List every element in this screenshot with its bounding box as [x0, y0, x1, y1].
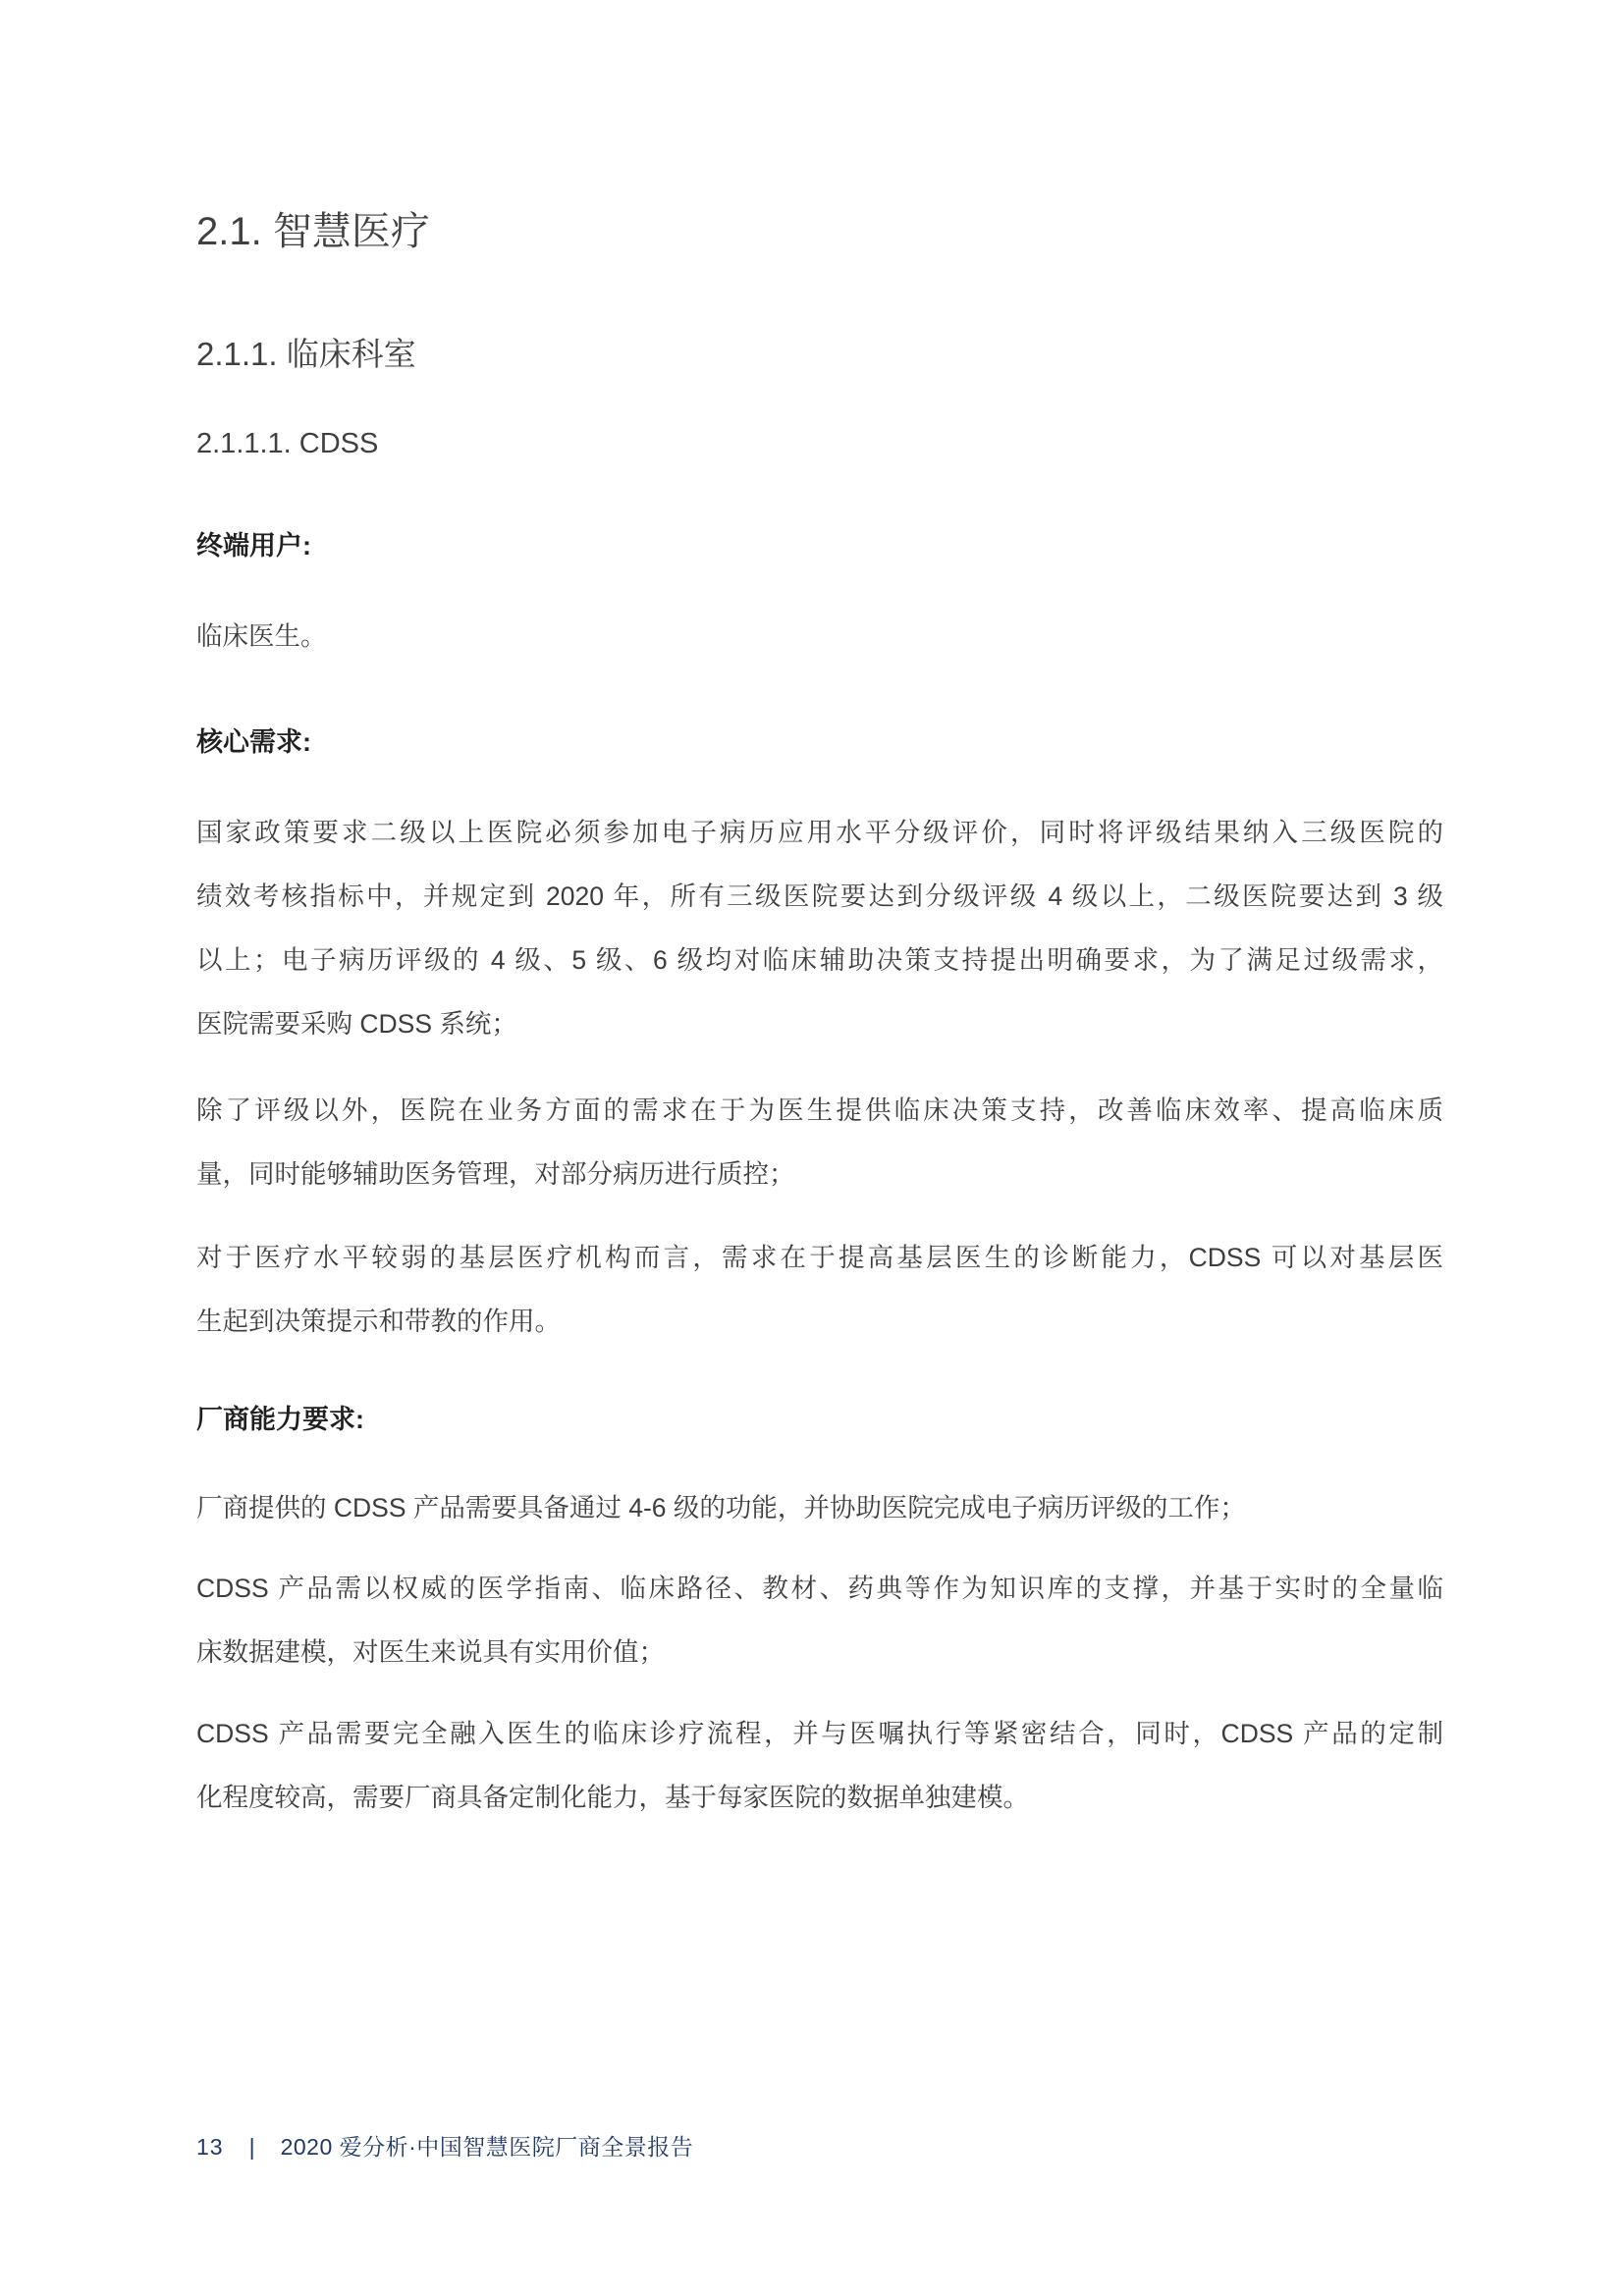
paragraph-line: 化程度较高，需要厂商具备定制化能力，基于每家医院的数据单独建模。: [196, 1766, 1443, 1830]
paragraph-line: 国家政策要求二级以上医院必须参加电子病历应用水平分级评价，同时将评级结果纳入三级…: [196, 801, 1443, 865]
page-footer: 13 | 2020 爱分析·中国智慧医院厂商全景报告: [196, 2132, 693, 2162]
core-demand-paragraph-3: 对于医疗水平较弱的基层医疗机构而言，需求在于提高基层医生的诊断能力，CDSS 可…: [196, 1226, 1443, 1354]
paragraph-line: 量，同时能够辅助医务管理，对部分病历进行质控；: [196, 1143, 1443, 1206]
paragraph-line: CDSS 产品需以权威的医学指南、临床路径、教材、药典等作为知识库的支撑，并基于…: [196, 1557, 1443, 1621]
core-demand-label: 核心需求:: [196, 725, 1443, 759]
end-user-label: 终端用户:: [196, 529, 1443, 562]
report-title: 2020 爱分析·中国智慧医院厂商全景报告: [281, 2132, 694, 2162]
end-user-paragraph: 临床医生。: [196, 605, 1443, 668]
paragraph-line: 临床医生。: [196, 605, 1443, 668]
vendor-capability-paragraph-2: CDSS 产品需以权威的医学指南、临床路径、教材、药典等作为知识库的支撑，并基于…: [196, 1557, 1443, 1684]
vendor-capability-paragraph-1: 厂商提供的 CDSS 产品需要具备通过 4-6 级的功能，并协助医院完成电子病历…: [196, 1476, 1443, 1540]
paragraph-line: 厂商提供的 CDSS 产品需要具备通过 4-6 级的功能，并协助医院完成电子病历…: [196, 1476, 1443, 1540]
paragraph-line: 生起到决策提示和带教的作用。: [196, 1290, 1443, 1354]
core-demand-paragraph-2: 除了评级以外，医院在业务方面的需求在于为医生提供临床决策支持，改善临床效率、提高…: [196, 1079, 1443, 1206]
section-heading-level4: 2.1.1.1. CDSS: [196, 426, 1443, 461]
vendor-capability-label: 厂商能力要求:: [196, 1403, 1443, 1436]
core-demand-paragraph-1: 国家政策要求二级以上医院必须参加电子病历应用水平分级评价，同时将评级结果纳入三级…: [196, 801, 1443, 1056]
page-content: 2.1. 智慧医疗 2.1.1. 临床科室 2.1.1.1. CDSS 终端用户…: [196, 0, 1443, 1830]
footer-divider: |: [249, 2132, 255, 2162]
document-page: 2.1. 智慧医疗 2.1.1. 临床科室 2.1.1.1. CDSS 终端用户…: [0, 0, 1624, 2296]
vendor-capability-paragraph-3: CDSS 产品需要完全融入医生的临床诊疗流程，并与医嘱执行等紧密结合，同时，CD…: [196, 1702, 1443, 1830]
paragraph-line: 床数据建模，对医生来说具有实用价值；: [196, 1621, 1443, 1684]
section-heading-level3: 2.1.1. 临床科室: [196, 335, 1443, 374]
paragraph-line: 以上；电子病历评级的 4 级、5 级、6 级均对临床辅助决策支持提出明确要求，为…: [196, 929, 1443, 992]
paragraph-line: 除了评级以外，医院在业务方面的需求在于为医生提供临床决策支持，改善临床效率、提高…: [196, 1079, 1443, 1143]
section-heading-level2: 2.1. 智慧医疗: [196, 208, 1443, 255]
paragraph-line: CDSS 产品需要完全融入医生的临床诊疗流程，并与医嘱执行等紧密结合，同时，CD…: [196, 1702, 1443, 1766]
paragraph-line: 绩效考核指标中，并规定到 2020 年，所有三级医院要达到分级评级 4 级以上，…: [196, 865, 1443, 929]
page-number: 13: [196, 2132, 224, 2162]
paragraph-line: 对于医疗水平较弱的基层医疗机构而言，需求在于提高基层医生的诊断能力，CDSS 可…: [196, 1226, 1443, 1290]
paragraph-line: 医院需要采购 CDSS 系统；: [196, 992, 1443, 1056]
